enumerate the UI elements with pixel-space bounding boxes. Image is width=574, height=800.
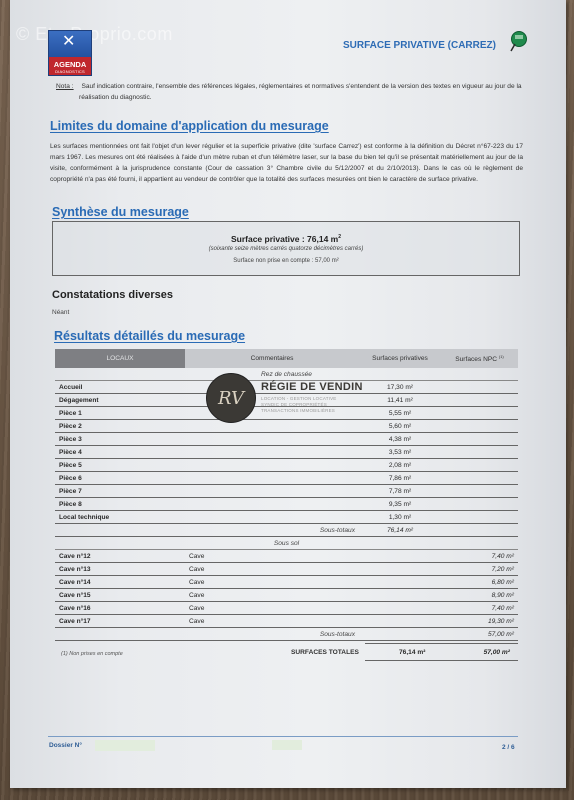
surface-privative: 17,30 m² [359,381,441,394]
table-row: Pièce 34,38 m² [55,433,518,446]
subtotal-npc: 57,00 m² [441,628,518,641]
level-row: Sous sol [55,537,518,550]
table-row: Local technique1,30 m² [55,511,518,524]
comment: Cave [185,550,359,563]
surface-in-words: (soixante seize mètres carrés quatorze d… [53,246,519,252]
section-title-resultats: Résultats détaillés du mesurage [54,329,245,343]
local-name: Cave n°17 [55,615,185,628]
redacted-dossier-number [95,740,155,751]
table-row: Cave n°16Cave7,40 m² [55,602,518,615]
nota-label: Nota : [56,83,74,90]
surface-privative [359,589,441,602]
totals-row: (1) Non prises en compte SURFACES TOTALE… [55,643,518,661]
stamp-line: SYNDIC DE COPROPRIÉTÉS [261,402,327,407]
stamp-line: TRANSACTIONS IMMOBILIÈRES [261,408,335,413]
level-name: Sous sol [55,537,518,550]
section-title-synthese: Synthèse du mesurage [52,205,189,219]
col-header-commentaires: Commentaires [185,349,359,368]
surface-privative: 4,38 m² [359,433,441,446]
surface-privative: 2,08 m² [359,459,441,472]
local-name: Cave n°16 [55,602,185,615]
local-name: Pièce 7 [55,485,185,498]
table-row: Cave n°17Cave19,30 m² [55,615,518,628]
local-name: Cave n°15 [55,589,185,602]
table-row: Cave n°15Cave8,90 m² [55,589,518,602]
col-header-locaux: LOCAUX [55,349,185,368]
local-name: Cave n°14 [55,576,185,589]
rv-monogram-logo: RV [206,373,256,423]
comment [185,446,359,459]
synthese-box: Surface privative : 76,14 m2 (soixante s… [52,221,520,276]
surface-privative [359,602,441,615]
level-row: Rez de chaussée [55,368,518,381]
local-name: Pièce 5 [55,459,185,472]
surface-privative [359,550,441,563]
table-row: Cave n°12Cave7,40 m² [55,550,518,563]
comment [185,498,359,511]
subtotal-blank [55,524,185,537]
comment [185,433,359,446]
surface-npc [441,446,518,459]
local-name: Cave n°12 [55,550,185,563]
redacted-field [272,740,302,750]
surface-privative [359,576,441,589]
subtotal-privative [359,628,441,641]
comment: Cave [185,615,359,628]
surface-npc [441,407,518,420]
comment: Cave [185,576,359,589]
table-row: Pièce 25,60 m² [55,420,518,433]
comment [185,485,359,498]
surface-privative: 1,30 m² [359,511,441,524]
surface-non-prise-en-compte: Surface non prise en compte : 57,00 m² [53,258,519,264]
col-header-surfaces-privatives: Surfaces privatives [359,349,441,368]
section-title-limites: Limites du domaine d'application du mesu… [50,119,329,133]
surface-privative: 9,35 m² [359,498,441,511]
comment: Cave [185,563,359,576]
level-name: Rez de chaussée [55,368,518,381]
local-name: Pièce 6 [55,472,185,485]
surface-npc [441,472,518,485]
comment [185,472,359,485]
limites-paragraph: Les surfaces mentionnées ont fait l'obje… [50,141,523,185]
surface-npc: 6,80 m² [441,576,518,589]
footer-divider [48,736,518,737]
section-title-constatations: Constatations diverses [52,289,173,301]
surface-npc [441,485,518,498]
surface-privative [359,563,441,576]
nota-section: Nota : Sauf indication contraire, l'ense… [56,82,534,103]
subtotal-npc [441,524,518,537]
map-pin-icon [508,31,528,53]
total-npc: 57,00 m² [484,649,510,656]
table-row: Pièce 43,53 m² [55,446,518,459]
local-name: Pièce 8 [55,498,185,511]
local-name: Accueil [55,381,185,394]
surface-npc [441,433,518,446]
surface-npc [441,420,518,433]
table-row: Pièce 77,78 m² [55,485,518,498]
stamp-line: LOCATION - GESTION LOCATIVE [261,396,337,401]
totals-label: SURFACES TOTALES [291,649,359,656]
local-name: Pièce 1 [55,407,185,420]
table-row: Pièce 52,08 m² [55,459,518,472]
subtotal-blank [55,628,185,641]
surface-privative: 5,60 m² [359,420,441,433]
subtotal-label: Sous-totaux [185,524,359,537]
nota-text: Sauf indication contraire, l'ensemble de… [79,83,522,101]
surface-privative-total: Surface privative : 76,14 m2 [53,234,519,244]
comment [185,459,359,472]
surface-npc: 19,30 m² [441,615,518,628]
watermark: © EtreProprio.com [16,24,173,45]
surface-npc: 7,20 m² [441,563,518,576]
subtotal-label: Sous-totaux [185,628,359,641]
agenda-diagnostics-logo: ✕ AGENDA DIAGNOSTICS [48,30,92,76]
table-row: Cave n°13Cave7,20 m² [55,563,518,576]
local-name: Local technique [55,511,185,524]
local-name: Pièce 2 [55,420,185,433]
npc-footnote: (1) Non prises en compte [61,651,123,657]
comment: Cave [185,602,359,615]
local-name: Dégagement [55,394,185,407]
surface-npc: 7,40 m² [441,550,518,563]
total-privative: 76,14 m² [399,649,425,656]
page-number: 2 / 6 [502,744,515,751]
col-header-surfaces-npc: Surfaces NPC (1) [441,349,518,368]
local-name: Pièce 3 [55,433,185,446]
surface-npc [441,498,518,511]
table-header-row: LOCAUX Commentaires Surfaces privatives … [55,349,518,368]
subtotal-row: Sous-totaux57,00 m² [55,628,518,641]
surface-npc [441,511,518,524]
table-row: Cave n°14Cave6,80 m² [55,576,518,589]
dossier-label: Dossier N° [49,742,82,749]
document-title: SURFACE PRIVATIVE (CARREZ) [343,40,496,51]
table-row: Pièce 89,35 m² [55,498,518,511]
surface-npc [441,394,518,407]
comment [185,420,359,433]
surface-privative [359,615,441,628]
subtotal-privative: 76,14 m² [359,524,441,537]
surface-npc: 7,40 m² [441,602,518,615]
surface-privative: 7,78 m² [359,485,441,498]
local-name: Cave n°13 [55,563,185,576]
subtotal-row: Sous-totaux76,14 m² [55,524,518,537]
surface-privative: 7,86 m² [359,472,441,485]
constatations-text: Néant [52,309,69,316]
document-page: © EtreProprio.com ✕ AGENDA DIAGNOSTICS S… [10,0,566,788]
comment [185,511,359,524]
local-name: Pièce 4 [55,446,185,459]
surface-npc [441,459,518,472]
surface-privative: 3,53 m² [359,446,441,459]
comment: Cave [185,589,359,602]
stamp-brand: RÉGIE DE VENDIN [261,381,363,393]
surface-npc: 8,90 m² [441,589,518,602]
compass-icon: ✕ [62,34,75,50]
table-row: Pièce 67,86 m² [55,472,518,485]
surface-privative: 5,55 m² [359,407,441,420]
surface-privative: 11,41 m² [359,394,441,407]
surface-npc [441,381,518,394]
